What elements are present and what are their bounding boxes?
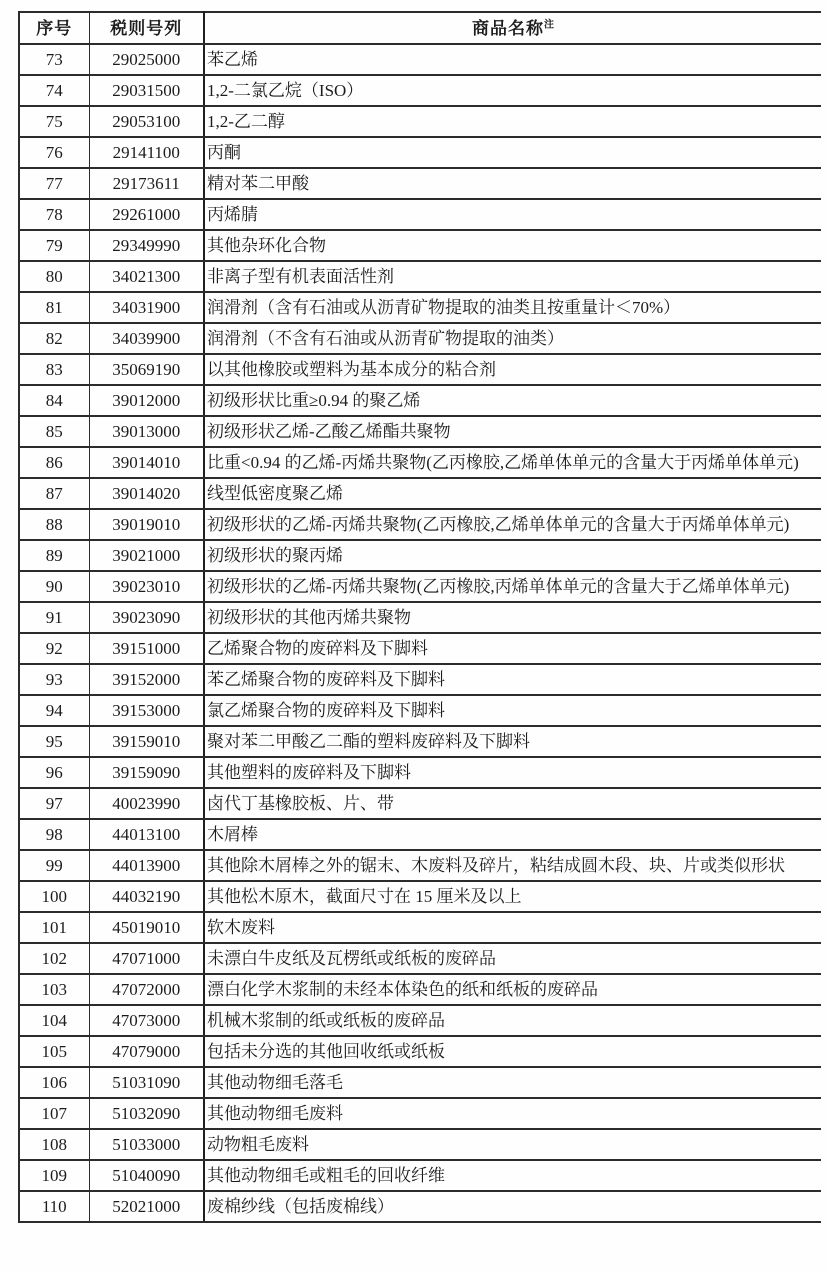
commodity-name-cell: 以其他橡胶或塑料为基本成分的粘合剂 (204, 354, 821, 385)
serial-number-cell: 84 (19, 385, 89, 416)
table-row: 9439153000氯乙烯聚合物的废碎料及下脚料 (19, 695, 821, 726)
table-row: 9039023010初级形状的乙烯-丙烯共聚物(乙丙橡胶,丙烯单体单元的含量大于… (19, 571, 821, 602)
tariff-code-cell: 47073000 (89, 1005, 204, 1036)
commodity-name-cell: 其他动物细毛废料 (204, 1098, 821, 1129)
table-row: 9944013900其他除木屑棒之外的锯末、木废料及碎片，粘结成圆木段、块、片或… (19, 850, 821, 881)
scanned-document-page: 序号 税则号列 商品名称注 7329025000苯乙烯74290315001,2… (0, 0, 829, 1273)
tariff-code-cell: 34039900 (89, 323, 204, 354)
commodity-name-cell: 其他松木原木，截面尺寸在 15 厘米及以上 (204, 881, 821, 912)
table-row: 9139023090初级形状的其他丙烯共聚物 (19, 602, 821, 633)
tariff-code-cell: 39023010 (89, 571, 204, 602)
tariff-code-cell: 52021000 (89, 1191, 204, 1222)
tariff-code-cell: 29025000 (89, 44, 204, 75)
serial-number-cell: 87 (19, 478, 89, 509)
table-row: 9539159010聚对苯二甲酸乙二酯的塑料废碎料及下脚料 (19, 726, 821, 757)
commodity-name-cell: 木屑棒 (204, 819, 821, 850)
table-row: 10851033000动物粗毛废料 (19, 1129, 821, 1160)
serial-number-cell: 96 (19, 757, 89, 788)
tariff-code-cell: 51032090 (89, 1098, 204, 1129)
commodity-name-cell: 未漂白牛皮纸及瓦楞纸或纸板的废碎品 (204, 943, 821, 974)
commodity-name-cell: 苯乙烯 (204, 44, 821, 75)
commodity-name-cell: 其他塑料的废碎料及下脚料 (204, 757, 821, 788)
tariff-code-cell: 39159010 (89, 726, 204, 757)
header-tariff-code: 税则号列 (89, 12, 204, 44)
table-row: 8739014020线型低密度聚乙烯 (19, 478, 821, 509)
tariff-code-cell: 35069190 (89, 354, 204, 385)
table-row: 7329025000苯乙烯 (19, 44, 821, 75)
tariff-code-cell: 39013000 (89, 416, 204, 447)
serial-number-cell: 91 (19, 602, 89, 633)
commodity-name-cell: 乙烯聚合物的废碎料及下脚料 (204, 633, 821, 664)
table-header-row: 序号 税则号列 商品名称注 (19, 12, 821, 44)
serial-number-cell: 73 (19, 44, 89, 75)
serial-number-cell: 104 (19, 1005, 89, 1036)
commodity-name-cell: 漂白化学木浆制的未经本体染色的纸和纸板的废碎品 (204, 974, 821, 1005)
serial-number-cell: 81 (19, 292, 89, 323)
table-row: 11052021000废棉纱线（包括废棉线） (19, 1191, 821, 1222)
table-row: 7729173611精对苯二甲酸 (19, 168, 821, 199)
commodity-name-cell: 苯乙烯聚合物的废碎料及下脚料 (204, 664, 821, 695)
tariff-code-cell: 39019010 (89, 509, 204, 540)
tariff-code-cell: 40023990 (89, 788, 204, 819)
table-row: 10247071000未漂白牛皮纸及瓦楞纸或纸板的废碎品 (19, 943, 821, 974)
commodity-name-cell: 初级形状的其他丙烯共聚物 (204, 602, 821, 633)
tariff-code-cell: 39159090 (89, 757, 204, 788)
serial-number-cell: 76 (19, 137, 89, 168)
tariff-code-cell: 47071000 (89, 943, 204, 974)
commodity-name-cell: 1,2-乙二醇 (204, 106, 821, 137)
serial-number-cell: 79 (19, 230, 89, 261)
serial-number-cell: 106 (19, 1067, 89, 1098)
serial-number-cell: 97 (19, 788, 89, 819)
commodity-name-cell: 软木废料 (204, 912, 821, 943)
commodity-name-cell: 卤代丁基橡胶板、片、带 (204, 788, 821, 819)
commodity-name-cell: 包括未分选的其他回收纸或纸板 (204, 1036, 821, 1067)
table-row: 8134031900润滑剂（含有石油或从沥青矿物提取的油类且按重量计＜70%） (19, 292, 821, 323)
commodity-name-cell: 其他动物细毛落毛 (204, 1067, 821, 1098)
serial-number-cell: 83 (19, 354, 89, 385)
tariff-code-cell: 51031090 (89, 1067, 204, 1098)
tariff-code-cell: 39014020 (89, 478, 204, 509)
tariff-code-cell: 29261000 (89, 199, 204, 230)
commodity-name-cell: 初级形状比重≥0.94 的聚乙烯 (204, 385, 821, 416)
serial-number-cell: 107 (19, 1098, 89, 1129)
tariff-code-cell: 51033000 (89, 1129, 204, 1160)
commodity-name-cell: 其他动物细毛或粗毛的回收纤维 (204, 1160, 821, 1191)
header-footnote-marker: 注 (544, 19, 554, 30)
table-row: 9239151000乙烯聚合物的废碎料及下脚料 (19, 633, 821, 664)
commodity-name-cell: 其他除木屑棒之外的锯末、木废料及碎片，粘结成圆木段、块、片或类似形状 (204, 850, 821, 881)
table-row: 9639159090其他塑料的废碎料及下脚料 (19, 757, 821, 788)
commodity-name-cell: 非离子型有机表面活性剂 (204, 261, 821, 292)
serial-number-cell: 108 (19, 1129, 89, 1160)
serial-number-cell: 101 (19, 912, 89, 943)
table-row: 8639014010比重<0.94 的乙烯-丙烯共聚物(乙丙橡胶,乙烯单体单元的… (19, 447, 821, 478)
tariff-code-cell: 39012000 (89, 385, 204, 416)
serial-number-cell: 100 (19, 881, 89, 912)
tariff-code-cell: 29141100 (89, 137, 204, 168)
header-serial-number: 序号 (19, 12, 89, 44)
commodity-name-cell: 废棉纱线（包括废棉线） (204, 1191, 821, 1222)
serial-number-cell: 88 (19, 509, 89, 540)
commodity-name-cell: 润滑剂（不含有石油或从沥青矿物提取的油类） (204, 323, 821, 354)
serial-number-cell: 89 (19, 540, 89, 571)
serial-number-cell: 98 (19, 819, 89, 850)
serial-number-cell: 95 (19, 726, 89, 757)
commodity-name-cell: 1,2-二氯乙烷（ISO） (204, 75, 821, 106)
table-row: 8539013000初级形状乙烯-乙酸乙烯酯共聚物 (19, 416, 821, 447)
serial-number-cell: 78 (19, 199, 89, 230)
serial-number-cell: 93 (19, 664, 89, 695)
serial-number-cell: 102 (19, 943, 89, 974)
header-commodity-name: 商品名称注 (204, 12, 821, 44)
serial-number-cell: 99 (19, 850, 89, 881)
table-row: 74290315001,2-二氯乙烷（ISO） (19, 75, 821, 106)
serial-number-cell: 90 (19, 571, 89, 602)
commodity-name-cell: 初级形状的乙烯-丙烯共聚物(乙丙橡胶,乙烯单体单元的含量大于丙烯单体单元) (204, 509, 821, 540)
serial-number-cell: 105 (19, 1036, 89, 1067)
table-row: 7629141100丙酮 (19, 137, 821, 168)
serial-number-cell: 85 (19, 416, 89, 447)
table-row: 10547079000包括未分选的其他回收纸或纸板 (19, 1036, 821, 1067)
serial-number-cell: 109 (19, 1160, 89, 1191)
commodity-name-cell: 机械木浆制的纸或纸板的废碎品 (204, 1005, 821, 1036)
commodity-name-cell: 氯乙烯聚合物的废碎料及下脚料 (204, 695, 821, 726)
commodity-name-cell: 聚对苯二甲酸乙二酯的塑料废碎料及下脚料 (204, 726, 821, 757)
table-row: 8839019010初级形状的乙烯-丙烯共聚物(乙丙橡胶,乙烯单体单元的含量大于… (19, 509, 821, 540)
serial-number-cell: 80 (19, 261, 89, 292)
tariff-code-cell: 29173611 (89, 168, 204, 199)
table-row: 8439012000初级形状比重≥0.94 的聚乙烯 (19, 385, 821, 416)
tariff-code-cell: 45019010 (89, 912, 204, 943)
tariff-code-cell: 29031500 (89, 75, 204, 106)
tariff-code-cell: 39153000 (89, 695, 204, 726)
serial-number-cell: 77 (19, 168, 89, 199)
table-row: 8234039900润滑剂（不含有石油或从沥青矿物提取的油类） (19, 323, 821, 354)
commodity-name-cell: 初级形状乙烯-乙酸乙烯酯共聚物 (204, 416, 821, 447)
table-row: 10651031090其他动物细毛落毛 (19, 1067, 821, 1098)
serial-number-cell: 94 (19, 695, 89, 726)
tariff-code-cell: 29349990 (89, 230, 204, 261)
tariff-code-cell: 47072000 (89, 974, 204, 1005)
table-row: 9740023990卤代丁基橡胶板、片、带 (19, 788, 821, 819)
tariff-code-cell: 39151000 (89, 633, 204, 664)
table-row: 10447073000机械木浆制的纸或纸板的废碎品 (19, 1005, 821, 1036)
table-row: 7829261000丙烯腈 (19, 199, 821, 230)
tariff-code-cell: 39023090 (89, 602, 204, 633)
tariff-code-cell: 39021000 (89, 540, 204, 571)
serial-number-cell: 75 (19, 106, 89, 137)
table-row: 10347072000漂白化学木浆制的未经本体染色的纸和纸板的废碎品 (19, 974, 821, 1005)
commodity-name-cell: 精对苯二甲酸 (204, 168, 821, 199)
commodity-name-cell: 初级形状的乙烯-丙烯共聚物(乙丙橡胶,丙烯单体单元的含量大于乙烯单体单元) (204, 571, 821, 602)
table-row: 9844013100木屑棒 (19, 819, 821, 850)
serial-number-cell: 86 (19, 447, 89, 478)
tariff-code-cell: 34031900 (89, 292, 204, 323)
serial-number-cell: 92 (19, 633, 89, 664)
commodity-name-cell: 丙酮 (204, 137, 821, 168)
table-row: 8034021300非离子型有机表面活性剂 (19, 261, 821, 292)
commodity-name-cell: 润滑剂（含有石油或从沥青矿物提取的油类且按重量计＜70%） (204, 292, 821, 323)
tariff-code-cell: 29053100 (89, 106, 204, 137)
commodity-name-cell: 其他杂环化合物 (204, 230, 821, 261)
commodity-name-cell: 丙烯腈 (204, 199, 821, 230)
table-row: 10951040090其他动物细毛或粗毛的回收纤维 (19, 1160, 821, 1191)
commodity-name-cell: 比重<0.94 的乙烯-丙烯共聚物(乙丙橡胶,乙烯单体单元的含量大于丙烯单体单元… (204, 447, 821, 478)
commodity-name-cell: 初级形状的聚丙烯 (204, 540, 821, 571)
table-row: 75290531001,2-乙二醇 (19, 106, 821, 137)
table-row: 7929349990其他杂环化合物 (19, 230, 821, 261)
table-row: 8335069190以其他橡胶或塑料为基本成分的粘合剂 (19, 354, 821, 385)
table-row: 10044032190其他松木原木，截面尺寸在 15 厘米及以上 (19, 881, 821, 912)
tariff-code-cell: 44013900 (89, 850, 204, 881)
table-row: 8939021000初级形状的聚丙烯 (19, 540, 821, 571)
table-row: 10751032090其他动物细毛废料 (19, 1098, 821, 1129)
commodity-name-cell: 动物粗毛废料 (204, 1129, 821, 1160)
tariff-code-cell: 34021300 (89, 261, 204, 292)
table-row: 10145019010软木废料 (19, 912, 821, 943)
tariff-table: 序号 税则号列 商品名称注 7329025000苯乙烯74290315001,2… (18, 11, 821, 1223)
serial-number-cell: 103 (19, 974, 89, 1005)
tariff-code-cell: 47079000 (89, 1036, 204, 1067)
serial-number-cell: 110 (19, 1191, 89, 1222)
serial-number-cell: 82 (19, 323, 89, 354)
tariff-code-cell: 39152000 (89, 664, 204, 695)
table-row: 9339152000苯乙烯聚合物的废碎料及下脚料 (19, 664, 821, 695)
serial-number-cell: 74 (19, 75, 89, 106)
tariff-code-cell: 51040090 (89, 1160, 204, 1191)
tariff-code-cell: 39014010 (89, 447, 204, 478)
header-commodity-name-label: 商品名称 (472, 19, 544, 38)
tariff-code-cell: 44032190 (89, 881, 204, 912)
table-body: 7329025000苯乙烯74290315001,2-二氯乙烷（ISO）7529… (19, 44, 821, 1222)
commodity-name-cell: 线型低密度聚乙烯 (204, 478, 821, 509)
tariff-code-cell: 44013100 (89, 819, 204, 850)
